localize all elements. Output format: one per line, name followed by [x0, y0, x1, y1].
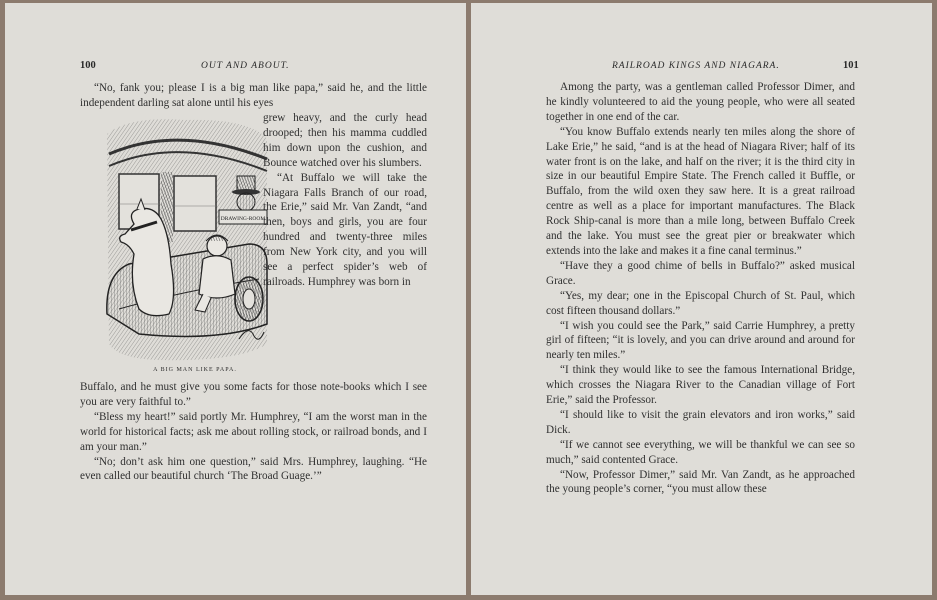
paragraph: “I should like to visit the grain elevat…: [546, 408, 855, 438]
paragraph: “No, fank you; please I is a big man lik…: [80, 81, 427, 111]
left-page: 100 OUT AND ABOUT. “No, fank you; please…: [5, 3, 466, 595]
paragraph: “I think they would like to see the famo…: [546, 363, 855, 408]
right-page: RAILROAD KINGS AND NIAGARA. 101 Among th…: [471, 3, 932, 595]
body-text: Among the party, was a gentleman called …: [546, 80, 855, 497]
running-head: RAILROAD KINGS AND NIAGARA.: [612, 61, 780, 71]
illustration-caption: A BIG MAN LIKE PAPA.: [140, 367, 250, 373]
paragraph: Buffalo, and he must give you some facts…: [80, 380, 427, 410]
page-number: 101: [843, 60, 859, 71]
side-column-text: grew heavy, and the curly head drooped; …: [263, 111, 427, 290]
paragraph: “Have they a good chime of bells in Buff…: [546, 259, 855, 289]
paragraph: “At Buffalo we will take the Niagara Fal…: [263, 171, 427, 290]
paragraph: “No; don’t ask him one question,” said M…: [80, 455, 427, 485]
paragraph: “I wish you could see the Park,” said Ca…: [546, 319, 855, 364]
paragraph: “You know Buffalo extends nearly ten mil…: [546, 125, 855, 259]
engraving-image: DRAWING-ROOM: [99, 114, 269, 362]
top-text: “No, fank you; please I is a big man lik…: [80, 81, 427, 111]
paragraph: “Now, Professor Dimer,” said Mr. Van Zan…: [546, 468, 855, 498]
page-number: 100: [80, 60, 96, 71]
paragraph: Among the party, was a gentleman called …: [546, 80, 855, 125]
paragraph: “If we cannot see everything, we will be…: [546, 438, 855, 468]
paragraph: “Yes, my dear; one in the Episcopal Chur…: [546, 289, 855, 319]
paragraph: “Bless my heart!” said portly Mr. Humphr…: [80, 410, 427, 455]
bottom-text: Buffalo, and he must give you some facts…: [80, 380, 427, 484]
illustration: DRAWING-ROOM: [99, 114, 269, 362]
paragraph: grew heavy, and the curly head drooped; …: [263, 111, 427, 171]
running-head: OUT AND ABOUT.: [201, 61, 290, 71]
svg-text:DRAWING-ROOM: DRAWING-ROOM: [221, 216, 266, 222]
